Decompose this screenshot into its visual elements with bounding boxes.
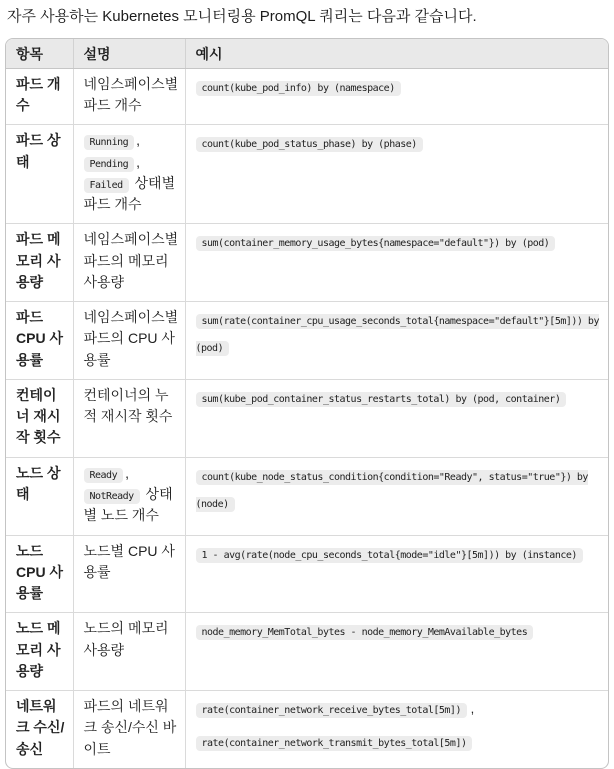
promql-code-chip: rate(container_network_transmit_bytes_to…	[196, 736, 473, 751]
example-line: sum(rate(container_cpu_usage_seconds_tot…	[196, 307, 603, 361]
inline-code-chip: Failed	[84, 178, 129, 193]
example-cell: sum(rate(container_cpu_usage_seconds_tot…	[185, 302, 608, 380]
description-text: 컨테이너의 누적 재시작 횟수	[84, 387, 173, 424]
table-row: 컨테이너 재시작 횟수컨테이너의 누적 재시작 횟수sum(kube_pod_c…	[6, 379, 608, 457]
table-row: 노드 상태Ready, NotReady 상태별 노드 개수count(kube…	[6, 457, 608, 535]
promql-code-chip: sum(kube_pod_container_status_restarts_t…	[196, 392, 567, 407]
promql-table-wrapper: 항목 설명 예시 파드 개수네임스페이스별 파드 개수count(kube_po…	[5, 38, 609, 769]
item-cell: 파드 개수	[6, 68, 73, 125]
description-text: 네임스페이스별 파드의 CPU 사용률	[84, 309, 179, 368]
inline-code-chip: NotReady	[84, 489, 140, 504]
description-cell: Running, Pending, Failed 상태별 파드 개수	[73, 125, 185, 224]
promql-code-chip: sum(container_memory_usage_bytes{namespa…	[196, 236, 556, 251]
table-row: 파드 메모리 사용량네임스페이스별 파드의 메모리 사용량sum(contain…	[6, 224, 608, 302]
table-header-row: 항목 설명 예시	[6, 39, 608, 69]
inline-code-chip: Pending	[84, 157, 135, 172]
description-text: ,	[125, 465, 129, 481]
example-cell: sum(container_memory_usage_bytes{namespa…	[185, 224, 608, 302]
table-row: 노드 CPU 사용률노드별 CPU 사용률1 - avg(rate(node_c…	[6, 535, 608, 613]
table-row: 파드 개수네임스페이스별 파드 개수count(kube_pod_info) b…	[6, 68, 608, 125]
description-cell: 컨테이너의 누적 재시작 횟수	[73, 379, 185, 457]
table-row: 파드 CPU 사용률네임스페이스별 파드의 CPU 사용률sum(rate(co…	[6, 302, 608, 380]
example-cell: rate(container_network_receive_bytes_tot…	[185, 691, 608, 768]
description-cell: 네임스페이스별 파드의 메모리 사용량	[73, 224, 185, 302]
table-body: 파드 개수네임스페이스별 파드 개수count(kube_pod_info) b…	[6, 68, 608, 768]
promql-code-chip: node_memory_MemTotal_bytes - node_memory…	[196, 625, 534, 640]
description-text: 노드의 메모리 사용량	[84, 620, 169, 657]
inline-code-chip: Running	[84, 135, 135, 150]
example-line: sum(container_memory_usage_bytes{namespa…	[196, 229, 603, 256]
example-line: node_memory_MemTotal_bytes - node_memory…	[196, 618, 603, 645]
example-cell: count(kube_pod_status_phase) by (phase)	[185, 125, 608, 224]
promql-code-chip: rate(container_network_receive_bytes_tot…	[196, 703, 467, 718]
table-row: 파드 상태Running, Pending, Failed 상태별 파드 개수c…	[6, 125, 608, 224]
description-cell: 파드의 네트워크 송신/수신 바이트	[73, 691, 185, 768]
description-cell: 네임스페이스별 파드 개수	[73, 68, 185, 125]
description-cell: 네임스페이스별 파드의 CPU 사용률	[73, 302, 185, 380]
table-row: 노드 메모리 사용량노드의 메모리 사용량node_memory_MemTota…	[6, 613, 608, 691]
example-line: count(kube_pod_info) by (namespace)	[196, 74, 603, 101]
example-cell: node_memory_MemTotal_bytes - node_memory…	[185, 613, 608, 691]
item-cell: 노드 CPU 사용률	[6, 535, 73, 613]
promql-table: 항목 설명 예시 파드 개수네임스페이스별 파드 개수count(kube_po…	[6, 39, 608, 768]
description-text: 네임스페이스별 파드의 메모리 사용량	[84, 231, 179, 290]
example-line: rate(container_network_transmit_bytes_to…	[196, 729, 603, 756]
intro-text: 자주 사용하는 Kubernetes 모니터링용 PromQL 쿼리는 다음과 …	[7, 8, 607, 27]
inline-code-chip: Ready	[84, 468, 124, 483]
column-header-item: 항목	[6, 39, 73, 69]
description-cell: Ready, NotReady 상태별 노드 개수	[73, 457, 185, 535]
promql-code-chip: sum(rate(container_cpu_usage_seconds_tot…	[196, 314, 599, 356]
example-cell: count(kube_node_status_condition{conditi…	[185, 457, 608, 535]
item-cell: 파드 CPU 사용률	[6, 302, 73, 380]
description-cell: 노드별 CPU 사용률	[73, 535, 185, 613]
promql-code-chip: count(kube_node_status_condition{conditi…	[196, 470, 588, 512]
item-cell: 노드 상태	[6, 457, 73, 535]
promql-code-chip: count(kube_pod_info) by (namespace)	[196, 81, 401, 96]
example-cell: 1 - avg(rate(node_cpu_seconds_total{mode…	[185, 535, 608, 613]
item-cell: 파드 메모리 사용량	[6, 224, 73, 302]
column-header-example: 예시	[185, 39, 608, 69]
item-cell: 노드 메모리 사용량	[6, 613, 73, 691]
document-page: 자주 사용하는 Kubernetes 모니터링용 PromQL 쿼리는 다음과 …	[0, 0, 614, 769]
description-cell: 노드의 메모리 사용량	[73, 613, 185, 691]
example-line: sum(kube_pod_container_status_restarts_t…	[196, 385, 603, 412]
promql-code-chip: count(kube_pod_status_phase) by (phase)	[196, 137, 423, 152]
item-cell: 네트워크 수신/송신	[6, 691, 73, 768]
example-cell: sum(kube_pod_container_status_restarts_t…	[185, 379, 608, 457]
table-row: 네트워크 수신/송신파드의 네트워크 송신/수신 바이트rate(contain…	[6, 691, 608, 768]
example-line: count(kube_node_status_condition{conditi…	[196, 463, 603, 517]
example-line: 1 - avg(rate(node_cpu_seconds_total{mode…	[196, 541, 603, 568]
example-line: rate(container_network_receive_bytes_tot…	[196, 696, 603, 723]
description-text: ,	[136, 154, 140, 170]
example-suffix: ,	[467, 701, 474, 716]
promql-code-chip: 1 - avg(rate(node_cpu_seconds_total{mode…	[196, 548, 583, 563]
example-cell: count(kube_pod_info) by (namespace)	[185, 68, 608, 125]
item-cell: 파드 상태	[6, 125, 73, 224]
item-cell: 컨테이너 재시작 횟수	[6, 379, 73, 457]
example-line: count(kube_pod_status_phase) by (phase)	[196, 130, 603, 157]
description-text: 네임스페이스별 파드 개수	[84, 76, 179, 113]
description-text: ,	[136, 132, 140, 148]
description-text: 노드별 CPU 사용률	[84, 543, 175, 580]
column-header-description: 설명	[73, 39, 185, 69]
description-text: 파드의 네트워크 송신/수신 바이트	[84, 698, 177, 757]
